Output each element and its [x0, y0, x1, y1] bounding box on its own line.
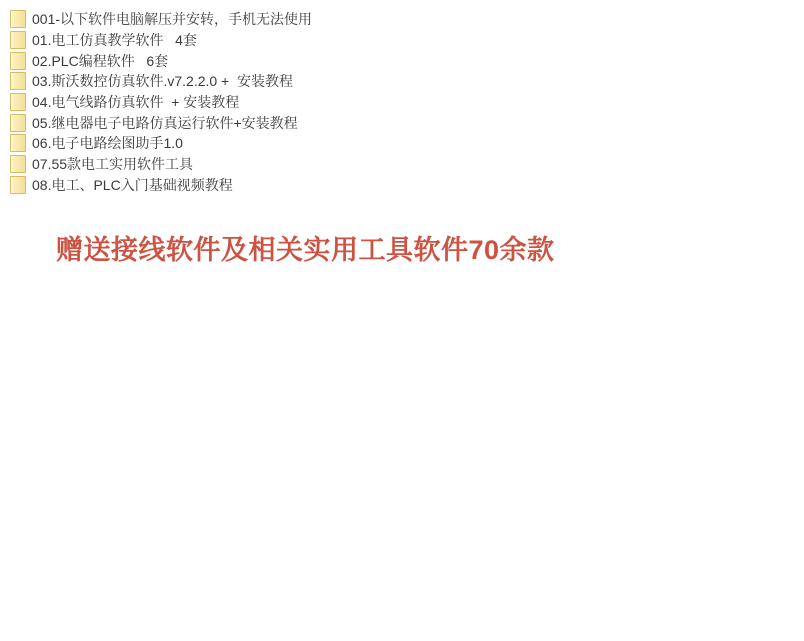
file-row-06[interactable]: 06.电子电路绘图助手1.0 — [10, 133, 312, 154]
file-row-01[interactable]: 01.电工仿真教学软件 4套 — [10, 30, 312, 51]
file-row-label: 03.斯沃数控仿真软件.v7.2.2.0 + 安装教程 — [32, 74, 293, 88]
file-row-label: 05.继电器电子电路仿真运行软件+安装教程 — [32, 116, 298, 130]
file-row-label: 06.电子电路绘图助手1.0 — [32, 136, 183, 150]
file-row-label: 07.55款电工实用软件工具 — [32, 157, 193, 171]
folder-icon — [10, 10, 26, 28]
file-row-02[interactable]: 02.PLC编程软件 6套 — [10, 50, 312, 71]
file-list: 001-以下软件电脑解压并安转，手机无法使用 01.电工仿真教学软件 4套 02… — [10, 9, 312, 195]
file-row-label: 08.电工、PLC入门基础视频教程 — [32, 178, 233, 192]
folder-icon — [10, 72, 26, 90]
page: 001-以下软件电脑解压并安转，手机无法使用 01.电工仿真教学软件 4套 02… — [0, 0, 804, 641]
folder-icon — [10, 93, 26, 111]
file-row-04[interactable]: 04.电气线路仿真软件 + 安装教程 — [10, 92, 312, 113]
file-row-08[interactable]: 08.电工、PLC入门基础视频教程 — [10, 175, 312, 196]
file-row-05[interactable]: 05.继电器电子电路仿真运行软件+安装教程 — [10, 112, 312, 133]
file-row-07[interactable]: 07.55款电工实用软件工具 — [10, 154, 312, 175]
folder-icon — [10, 176, 26, 194]
file-row-label: 001-以下软件电脑解压并安转，手机无法使用 — [32, 12, 312, 26]
folder-icon — [10, 31, 26, 49]
file-row-label: 04.电气线路仿真软件 + 安装教程 — [32, 95, 239, 109]
file-row-label: 02.PLC编程软件 6套 — [32, 54, 168, 68]
folder-icon — [10, 52, 26, 70]
folder-icon — [10, 155, 26, 173]
folder-icon — [10, 134, 26, 152]
file-row-001[interactable]: 001-以下软件电脑解压并安转，手机无法使用 — [10, 9, 312, 30]
file-row-label: 01.电工仿真教学软件 4套 — [32, 33, 197, 47]
folder-icon — [10, 114, 26, 132]
file-row-03[interactable]: 03.斯沃数控仿真软件.v7.2.2.0 + 安装教程 — [10, 71, 312, 92]
promo-text: 赠送接线软件及相关实用工具软件70余款 — [56, 234, 555, 266]
